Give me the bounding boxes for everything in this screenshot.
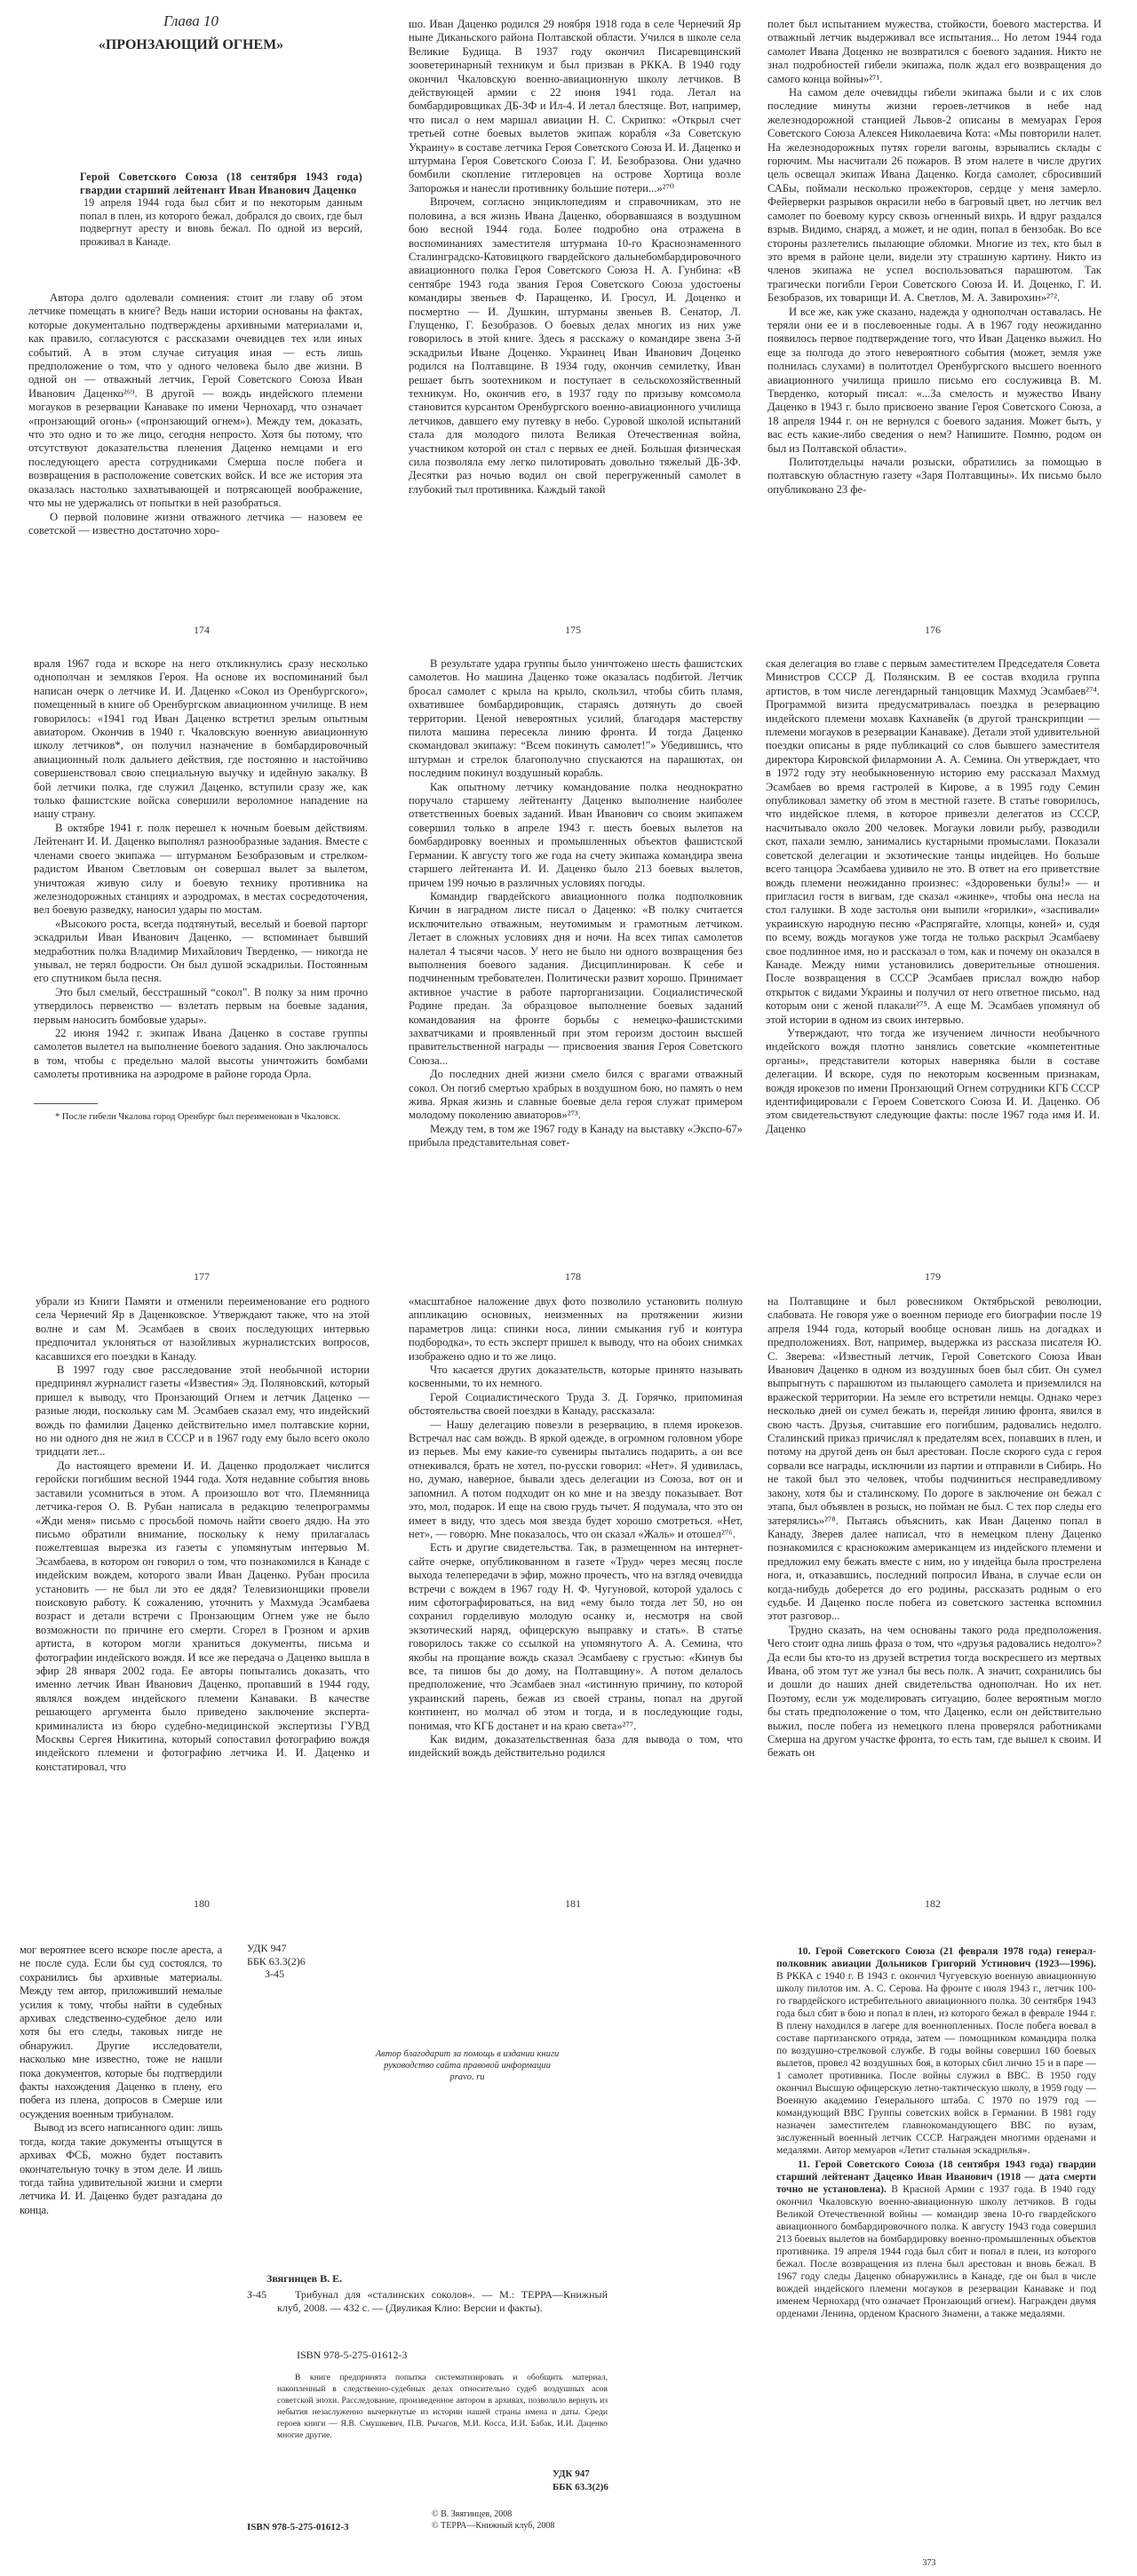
page-175-text: шо. Иван Даценко родился 29 ноября 1918 … [409,18,741,497]
page-176-text: полет был испытанием мужества, стойкости… [767,18,1101,497]
page-174: Глава 10 «ПРОНЗАЮЩИЙ ОГНЕМ» Герой Советс… [0,0,382,622]
page-number: 177 [11,1270,393,1284]
paragraph: До настоящего времени И. И. Даценко прод… [36,1459,370,1774]
paragraph: шо. Иван Даценко родился 29 ноября 1918 … [409,18,741,195]
page-181: «масштабное наложение двух фото позволил… [382,1286,764,1935]
entry-body: В РККА с 1940 г. В 1943 г. окончил Чугуе… [776,1970,1096,2156]
bbk-code: ББК 63.3(2)6 [247,1955,306,1968]
appendix-entry-11: 11. Герой Советского Союза (18 сентября … [776,2159,1096,2320]
author-mark: З-45 [247,1968,306,1981]
appendix-page: 10. Герой Советского Союза (21 февраля 1… [764,1945,1137,2576]
paragraph: Как опытному летчику командование полка … [409,781,743,890]
paragraph: Командир гвардейского авиационного полка… [409,890,743,1068]
page-number: 178 [382,1270,764,1284]
bib-code: З-45 [247,2288,266,2302]
chapter-title: «ПРОНЗАЮЩИЙ ОГНЕМ» [0,37,382,53]
paragraph: До последних дней жизни смело бился с вр… [409,1068,743,1123]
chapter-heading: Глава 10 «ПРОНЗАЮЩИЙ ОГНЕМ» [0,12,382,53]
page-number: 175 [382,624,764,637]
paragraph: Утверждают, что тогда же изучением лично… [766,1027,1100,1136]
page-181-text: «масштабное наложение двух фото позволил… [409,1295,743,1761]
paragraph: И все же, как уже сказано, надежда у одн… [767,306,1101,456]
paragraph: В результате удара группы было уничтожен… [409,657,743,781]
paragraph: Политотдельцы начали розыски, обратились… [767,456,1101,497]
paragraph: Вывод из всего написанного один: лишь то… [20,2121,222,2217]
epigraph-header: Герой Советского Союза (18 сентября 1943… [80,171,362,196]
page-180: убрали из Книги Памяти и отменили переим… [0,1286,382,1935]
page-179: ская делегация во главе с первым замести… [764,645,1137,1284]
paragraph: враля 1967 года и вскоре на него откликн… [34,657,368,822]
page-179-text: ская делегация во главе с первым замести… [766,657,1100,1136]
conclusion-text: мог вероятнее всего вскоре после ареста,… [20,1944,222,2217]
paragraph: О первой половине жизни отважного летчик… [28,511,362,538]
copyright-publisher: © ТЕРРА—Книжный клуб, 2008 [432,2520,554,2532]
paragraph: «Высокого роста, всегда подтянутый, весе… [34,918,368,986]
page-number: 174 [11,624,393,637]
paragraph: на Полтавщине и был ровесником Октябрьск… [767,1295,1101,1624]
udk-bbk-bold: УДК 947 ББК 63.3(2)6 [553,2468,608,2493]
ack-line: pravo. ru [370,2071,565,2083]
epigraph: Герой Советского Союза (18 сентября 1943… [80,171,362,249]
paragraph: На самом деле очевидцы гибели экипажа бы… [767,86,1101,306]
entry-body: В Красной Армии с 1937 года. В 1940 году… [776,2183,1096,2319]
bib-entry: З-45 Трибунал для «сталинских соколов». … [247,2288,608,2314]
copyright-author: © В. Звягинцев, 2008 [432,2508,554,2520]
paragraph: «масштабное наложение двух фото позволил… [409,1295,743,1364]
epigraph-body: 19 апреля 1944 года был сбит и по некото… [80,196,362,248]
isbn-center: ISBN 978-5-275-01612-3 [297,2349,407,2362]
paragraph: — Нашу делегацию повезли в резервацию, в… [409,1419,743,1542]
appendix-text: 10. Герой Советского Союза (21 февраля 1… [776,1945,1096,2320]
isbn-left: ISBN 978-5-275-01612-3 [247,2521,349,2534]
page-182-text: на Полтавщине и был ровесником Октябрьск… [767,1295,1101,1761]
copyright: © В. Звягинцев, 2008 © ТЕРРА—Книжный клу… [432,2508,554,2532]
page-180-text: убрали из Книги Памяти и отменили переим… [36,1295,370,1774]
paragraph: Трудно сказать, на чем основаны такого р… [767,1624,1101,1761]
paragraph: мог вероятнее всего вскоре после ареста,… [20,1944,222,2121]
ack-line: руководство сайта правовой информации [370,2060,565,2071]
page-182: на Полтавщине и был ровесником Октябрьск… [764,1286,1137,1935]
page-174-text: Автора долго одолевали сомнения: стоит л… [28,291,362,537]
page-number: 176 [746,624,1119,637]
acknowledgment: Автор благодарит за помощь в издании кни… [370,2048,565,2083]
page-number: 182 [746,1897,1119,1911]
ack-line: Автор благодарит за помощь в издании кни… [370,2048,565,2060]
page-175: шо. Иван Даценко родился 29 ноября 1918 … [382,0,764,622]
paragraph: Как видим, доказательственная база для в… [409,1733,743,1761]
entry-header: 10. Герой Советского Союза (21 февраля 1… [776,1945,1096,1969]
udk-bold: УДК 947 [553,2468,608,2481]
page-176: полет был испытанием мужества, стойкости… [764,0,1137,622]
classification-codes: УДК 947 ББК 63.3(2)6 З-45 [247,1942,306,1981]
paragraph: убрали из Книги Памяти и отменили переим… [36,1295,370,1364]
colophon: УДК 947 ББК 63.3(2)6 З-45 Автор благодар… [245,1942,760,2576]
page-178: В результате удара группы было уничтожен… [382,645,764,1284]
paragraph: Герой Социалистического Труда З. Д. Горя… [409,1391,743,1419]
author-name: Звягинцев В. Е. [266,2272,342,2286]
page-177-text: враля 1967 года и вскоре на него откликн… [34,657,368,1123]
footnote-divider [34,1103,98,1104]
udk-code: УДК 947 [247,1942,306,1955]
chapter-label: Глава 10 [0,12,382,30]
page-number: 179 [746,1270,1119,1284]
page-number: 373 [743,2558,1116,2568]
bbk-bold: ББК 63.3(2)6 [553,2481,608,2494]
footnote: * После гибели Чкалова город Оренбург бы… [34,1111,368,1123]
paragraph: Между тем, в том же 1967 году в Канаду н… [409,1123,743,1150]
paragraph: ская делегация во главе с первым замести… [766,657,1100,1027]
paragraph: Автора долго одолевали сомнения: стоит л… [28,291,362,511]
page-number: 181 [382,1897,764,1911]
paragraph: Что касается других доказательств, котор… [409,1364,743,1391]
bib-text: Трибунал для «сталинских соколов». — М.:… [277,2288,608,2314]
paragraph: В 1997 году свое расследование этой необ… [36,1364,370,1459]
page-178-text: В результате удара группы было уничтожен… [409,657,743,1150]
annotation: В книге предпринята попытка систематизир… [277,2372,608,2441]
paragraph: полет был испытанием мужества, стойкости… [767,18,1101,86]
paragraph: В октябре 1941 г. полк перешел к ночным … [34,822,368,918]
paragraph: 22 июня 1942 г. экипаж Ивана Даценко в с… [34,1027,368,1082]
page-number: 180 [11,1897,393,1911]
paragraph: Есть и другие свидетельства. Так, в разм… [409,1541,743,1733]
paragraph: Это был смелый, бесстрашный “сокол”. В п… [34,986,368,1027]
paragraph: Впрочем, согласно энциклопедиям и справо… [409,195,741,497]
page-177: враля 1967 года и вскоре на него откликн… [0,645,382,1284]
appendix-entry-10: 10. Герой Советского Союза (21 февраля 1… [776,1945,1096,2157]
